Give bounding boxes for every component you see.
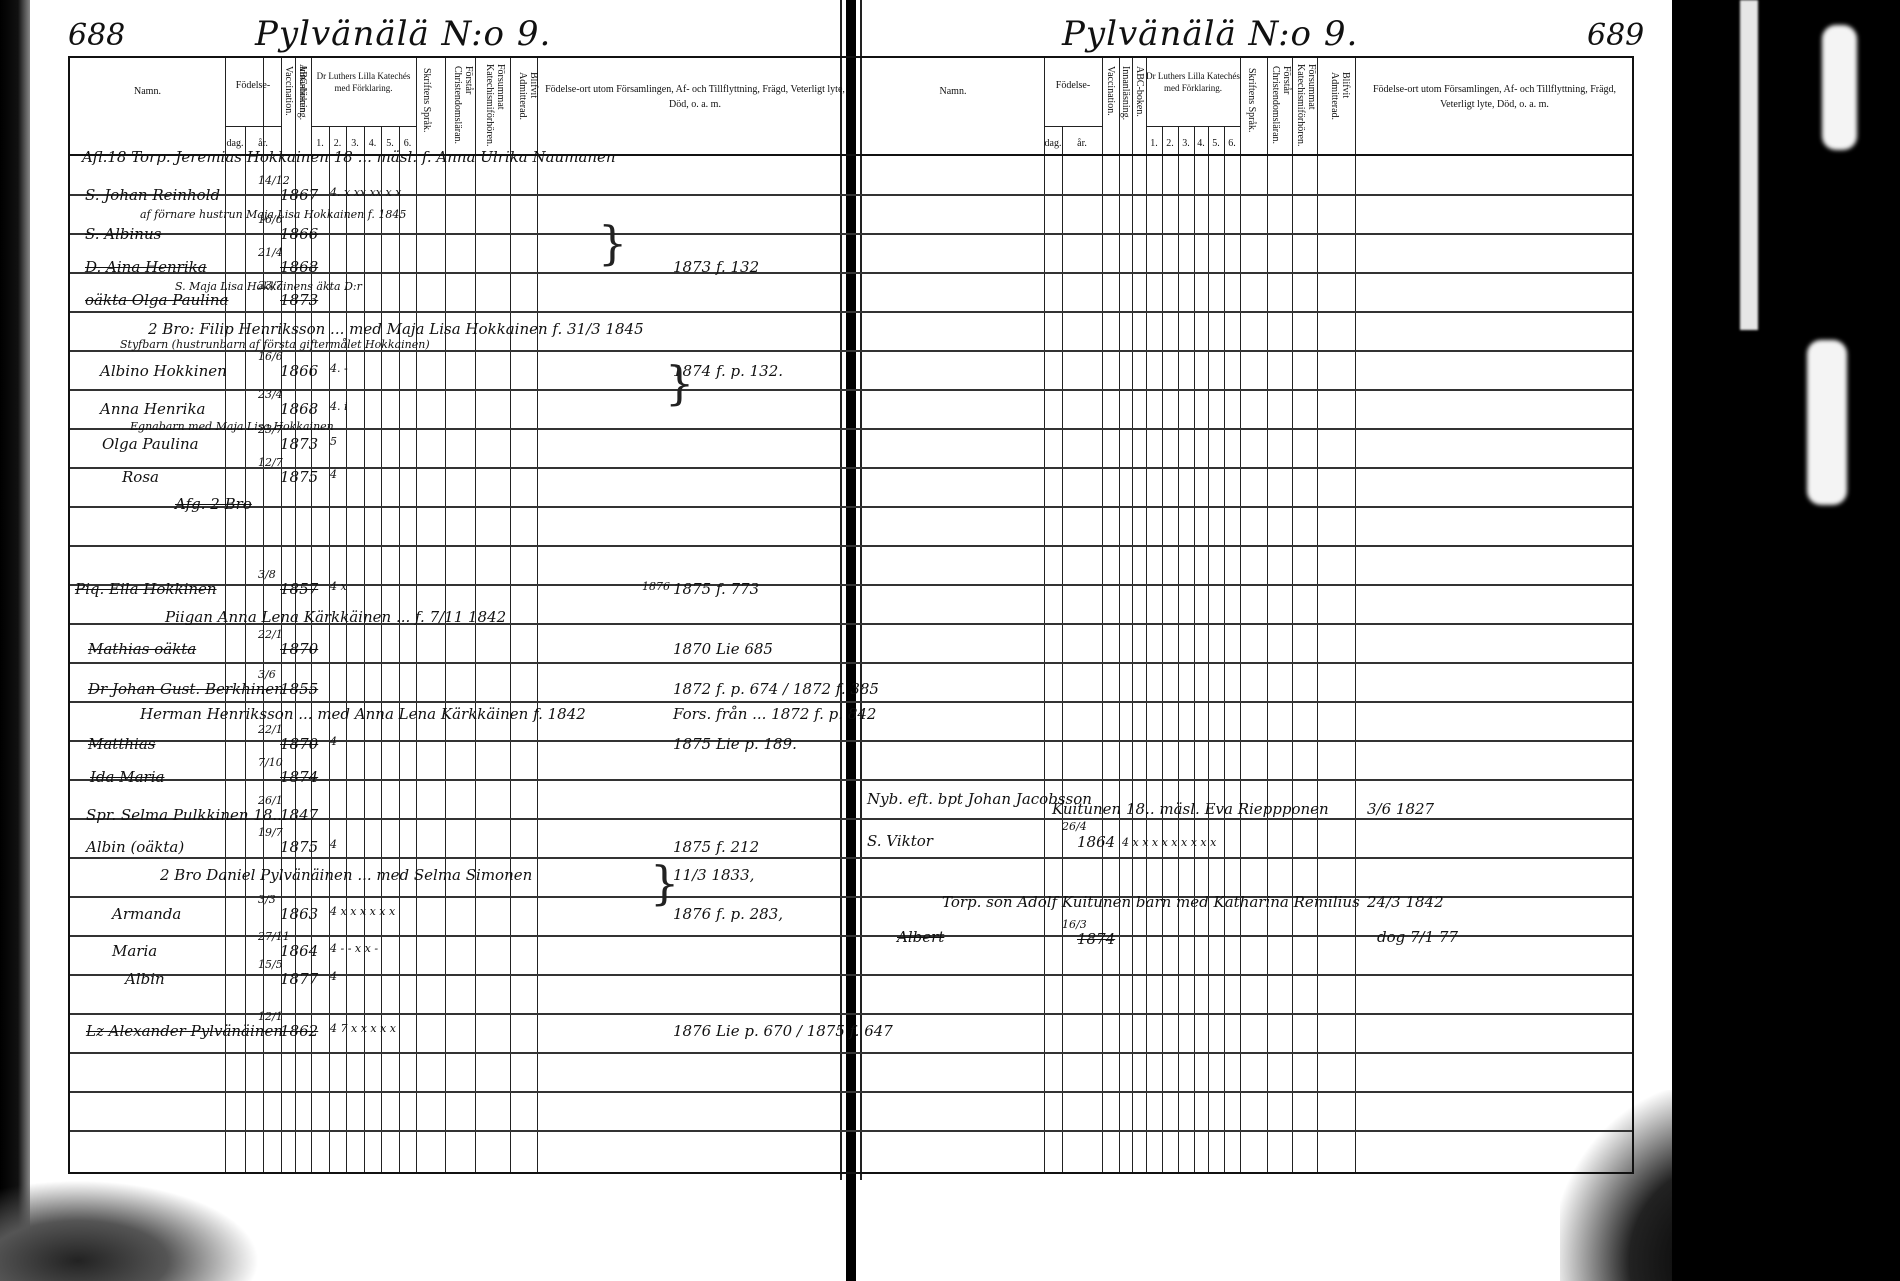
- row-rule: [862, 857, 1632, 859]
- row-rule: [70, 1052, 872, 1054]
- entry-birth-year: 1847: [280, 806, 318, 824]
- entry-birth-year: 1874: [280, 768, 318, 786]
- entry-name: Afg. 2 Bro: [175, 495, 252, 513]
- bracket-mark: }: [598, 220, 627, 266]
- entry-birth-day: 12/7: [258, 456, 283, 469]
- entry-birth-day: 19/7: [258, 826, 283, 839]
- row-rule: [862, 1091, 1632, 1093]
- entry-name: S. Albinus: [85, 225, 161, 243]
- entry-remarks: 1870 Lie 685: [673, 640, 773, 658]
- entry-name: Lz Alexander Pylvänäinen: [86, 1022, 283, 1040]
- column-divider: [1146, 58, 1147, 1172]
- column-divider: [1119, 58, 1120, 1172]
- row-rule: [862, 506, 1632, 508]
- column-divider: [381, 126, 382, 1172]
- header-birth: Födelse-: [1044, 80, 1102, 92]
- left-page: 688 Pylvänälä N:o 9. Namn. Födelse- dag.…: [30, 0, 840, 1281]
- header-remarks: Födelse-ort utom Församlingen, Af- och T…: [545, 82, 845, 112]
- row-rule: [70, 662, 872, 664]
- header-catechism-col: 4.: [1194, 138, 1208, 149]
- register-table: Namn. Födelse- dag. år. Vaccination. Inn…: [862, 56, 1634, 1174]
- header-christian-teaching: Förstår Christendomsläran.: [1270, 66, 1292, 146]
- entry-name: 2 Bro: Filip Henriksson ... med Maja Lis…: [148, 320, 644, 338]
- entry-birth-year: 1867: [280, 186, 318, 204]
- entry-remarks: 1872 f. p. 674 / 1872 f. 385: [673, 680, 879, 698]
- header-christian-teaching: Förstår Christendomsläran.: [452, 66, 474, 146]
- row-rule: [862, 623, 1632, 625]
- entry-birth-year: 1870: [280, 735, 318, 753]
- entry-remarks: 1875 f. 212: [673, 838, 759, 856]
- header-birth: Födelse-: [225, 80, 281, 92]
- row-rule: [862, 389, 1632, 391]
- entry-name: Egnabarn med Maja Lisa Hokkainen: [130, 420, 334, 433]
- header-divider: [1044, 126, 1102, 127]
- entry-progress-marks: 4 x: [330, 580, 347, 593]
- scan-highlight: [1807, 340, 1847, 505]
- row-rule: [862, 974, 1632, 976]
- entry-remarks: dog 7/1 77: [1377, 928, 1458, 946]
- header-missed-catechesis: Försummat Katechismiförhören.: [1295, 64, 1317, 148]
- column-divider: [1102, 58, 1103, 1172]
- entry-name: Olga Paulina: [102, 435, 199, 453]
- entry-remarks: 24/3 1842: [1367, 893, 1444, 911]
- row-rule: [70, 311, 872, 313]
- header-vaccination: Vaccination.: [1105, 66, 1116, 146]
- entry-remarks: 3/6 1827: [1367, 800, 1434, 818]
- column-divider: [1224, 126, 1225, 1172]
- column-divider: [1178, 126, 1179, 1172]
- entry-birth-year: 1862: [280, 1022, 318, 1040]
- column-divider: [1062, 126, 1063, 1172]
- entry-birth-year: 1864: [1077, 833, 1115, 851]
- header-divider: [225, 126, 281, 127]
- header-scripture: Skriftens Språk.: [421, 68, 432, 148]
- entry-birth-day: 16/6: [258, 213, 283, 226]
- page-title: Pylvänälä N:o 9.: [1062, 14, 1358, 54]
- page-title: Pylvänälä N:o 9.: [255, 14, 551, 54]
- entry-birth-year: 1866: [280, 225, 318, 243]
- entry-name: oäkta Olga Paulina: [85, 291, 228, 309]
- row-rule: [862, 194, 1632, 196]
- header-divider: [1146, 126, 1240, 127]
- header-birth-year: år.: [1062, 138, 1102, 149]
- header-bottom-rule: [862, 154, 1632, 156]
- entry-admitted: 1876: [642, 580, 670, 593]
- scan-shadow-left: [0, 0, 30, 1281]
- entry-name: Albert: [897, 928, 944, 946]
- entry-progress-marks: 4 x x x x x x x x x: [1122, 836, 1216, 849]
- row-rule: [862, 1130, 1632, 1132]
- column-divider: [1267, 58, 1268, 1172]
- header-remarks: Födelse-ort utom Församlingen, Af- och T…: [1362, 82, 1627, 112]
- entry-name: S. Johan Reinhold: [85, 186, 220, 204]
- column-divider: [1194, 126, 1195, 1172]
- entry-remarks: Fors. från ... 1872 f. p. 842: [673, 705, 876, 723]
- bracket-mark: }: [650, 860, 679, 906]
- entry-progress-marks: 4 - - x x -: [330, 942, 378, 955]
- row-rule: [70, 233, 872, 235]
- row-rule: [862, 584, 1632, 586]
- entry-name: Piigan Anna Lena Kärkkäinen ... f. 7/11 …: [165, 608, 506, 626]
- row-rule: [70, 701, 872, 703]
- scan-shadow-right: [1672, 0, 1900, 1281]
- entry-birth-day: 23/7: [258, 279, 283, 292]
- entry-birth-day: 16/6: [258, 350, 283, 363]
- entry-birth-year: 1873: [280, 435, 318, 453]
- entry-birth-day: 26/4: [1062, 820, 1087, 833]
- header-missed-catechesis: Försummat Katechismiförhören.: [484, 64, 506, 148]
- header-admitted: Blifvit Admitterad.: [1329, 72, 1351, 142]
- entry-name: Albin (oäkta): [86, 838, 184, 856]
- entry-birth-day: 12/1: [258, 1010, 283, 1023]
- entry-remarks: 1876 f. p. 283,: [673, 905, 783, 923]
- row-rule: [70, 974, 872, 976]
- row-rule: [70, 467, 872, 469]
- entry-name: Mathias oäkta: [88, 640, 196, 658]
- header-birth-day: dag.: [1044, 138, 1062, 149]
- row-rule: [70, 1130, 872, 1132]
- entry-birth-year: 1873: [280, 291, 318, 309]
- header-name: Namn.: [862, 86, 1044, 98]
- entry-birth-year: 1866: [280, 362, 318, 380]
- entry-birth-day: 7/10: [258, 756, 283, 769]
- row-rule: [862, 467, 1632, 469]
- entry-birth-year: 1868: [280, 400, 318, 418]
- entry-birth-year: 1875: [280, 468, 318, 486]
- entry-birth-year: 1868: [280, 258, 318, 276]
- entry-birth-year: 1877: [280, 970, 318, 988]
- header-scripture: Skriftens Språk.: [1246, 68, 1257, 148]
- entry-progress-marks: 4. x xx xx x x: [330, 186, 401, 199]
- entry-birth-day: 22/1: [258, 628, 283, 641]
- row-rule: [70, 896, 872, 898]
- entry-birth-year: 1874: [1077, 930, 1115, 948]
- entry-remarks: 1875 Lie p. 189.: [673, 735, 797, 753]
- header-divider: [311, 126, 416, 127]
- column-divider: [1208, 126, 1209, 1172]
- column-divider: [1162, 126, 1163, 1172]
- entry-name-continued: Kuitunen 18.. mäsl. Eva Rieppponen: [1052, 800, 1329, 818]
- header-catechism-col: 6.: [1224, 138, 1240, 149]
- entry-progress-marks: 5: [330, 435, 337, 448]
- row-rule: [70, 935, 872, 937]
- entry-birth-year: 1855: [280, 680, 318, 698]
- header-reading: Innanläsning.: [1120, 66, 1131, 146]
- entry-birth-year: 1863: [280, 905, 318, 923]
- row-rule: [70, 389, 872, 391]
- entry-name: Albin: [125, 970, 165, 988]
- header-admitted: Blifvit Admitterad.: [517, 72, 539, 142]
- entry-remarks: 11/3 1833,: [673, 866, 754, 884]
- header-catechism-col: 1.: [1146, 138, 1162, 149]
- entry-birth-day: 3/6: [258, 668, 276, 681]
- row-rule: [70, 1013, 872, 1015]
- entry-name: Ida Maria: [90, 768, 164, 786]
- entry-birth-day: 3/3: [258, 893, 276, 906]
- header-catechism-col: 5.: [1208, 138, 1224, 149]
- row-rule: [70, 779, 872, 781]
- header-catechism-col: 3.: [1178, 138, 1194, 149]
- entry-name: Spr. Selma Pulkkinen 18..: [86, 806, 282, 824]
- column-divider: [364, 126, 365, 1172]
- entry-name: Maria: [112, 942, 157, 960]
- right-page: 689 Pylvänälä N:o 9. Namn. Födelse- dag.…: [862, 0, 1672, 1281]
- row-rule: [862, 701, 1632, 703]
- entry-progress-marks: 4 x x x x x x: [330, 905, 395, 918]
- entry-name: Herman Henriksson ... med Anna Lena Kärk…: [140, 705, 586, 723]
- header-vaccination: Vaccination.: [283, 66, 294, 146]
- entry-name: Anna Henrika: [100, 400, 205, 418]
- row-rule: [862, 428, 1632, 430]
- column-divider: [537, 58, 538, 1172]
- column-divider: [399, 126, 400, 1172]
- row-rule: [862, 818, 1632, 820]
- scan-highlight: [1822, 25, 1857, 150]
- entry-name: Piq. Eila Hokkinen: [75, 580, 217, 598]
- bracket-mark: }: [665, 360, 694, 406]
- column-divider: [1044, 58, 1045, 1172]
- row-rule: [70, 857, 872, 859]
- entry-remarks: 1875 f. 773: [673, 580, 759, 598]
- entry-birth-year: 1875: [280, 838, 318, 856]
- entry-birth-year: 1870: [280, 640, 318, 658]
- entry-remarks: 1876 Lie p. 670 / 1875 f. 647: [673, 1022, 893, 1040]
- entry-name: Dr Johan Gust. Berkhinen: [88, 680, 284, 698]
- row-rule: [862, 935, 1632, 937]
- entry-birth-day: 23/4: [258, 388, 283, 401]
- entry-name: D. Aina Henrika: [85, 258, 207, 276]
- column-divider: [1317, 58, 1318, 1172]
- entry-birth-day: 22/1: [258, 723, 283, 736]
- header-catechism: Dr Luthers Lilla Katechés med Förklaring…: [1146, 70, 1240, 94]
- entry-birth-day: 23/7: [258, 423, 283, 436]
- column-divider: [510, 58, 511, 1172]
- row-rule: [70, 545, 872, 547]
- entry-name: Afl.18 Torp. Jeremias Hokkainen 18 ... m…: [82, 148, 616, 166]
- entry-progress-marks: 4. i: [330, 400, 348, 413]
- page-number: 688: [68, 18, 125, 53]
- row-rule: [862, 233, 1632, 235]
- entry-birth-day: 21/4: [258, 246, 283, 259]
- entry-progress-marks: 4: [330, 970, 337, 983]
- header-name: Namn.: [70, 86, 225, 98]
- row-rule: [862, 779, 1632, 781]
- entry-birth-day: 26/1: [258, 794, 283, 807]
- row-rule: [862, 1052, 1632, 1054]
- header-abc: ABC-boken.: [297, 64, 308, 144]
- column-divider: [1355, 58, 1356, 1172]
- row-rule: [862, 545, 1632, 547]
- header-abc: ABC-boken.: [1134, 66, 1145, 146]
- entry-progress-marks: 4: [330, 838, 337, 851]
- row-rule: [862, 662, 1632, 664]
- row-rule: [70, 1091, 872, 1093]
- page-number: 689: [1587, 18, 1644, 53]
- entry-birth-year: 1857: [280, 580, 318, 598]
- row-rule: [862, 740, 1632, 742]
- row-rule: [862, 311, 1632, 313]
- entry-birth-day: 3/8: [258, 568, 276, 581]
- row-rule: [862, 272, 1632, 274]
- entry-progress-marks: 4: [330, 468, 337, 481]
- entry-birth-day: 15/5: [258, 958, 283, 971]
- row-rule: [862, 1013, 1632, 1015]
- entry-birth-year: 1864: [280, 942, 318, 960]
- entry-progress-marks: 4. -: [330, 362, 348, 375]
- column-divider: [1240, 58, 1241, 1172]
- header-catechism: Dr Luthers Lilla Katechés med Förklaring…: [311, 70, 416, 94]
- entry-name: Matthias: [88, 735, 155, 753]
- entry-progress-marks: 4: [330, 735, 337, 748]
- header-catechism-col: 2.: [1162, 138, 1178, 149]
- column-divider: [1292, 58, 1293, 1172]
- entry-name: Albino Hokkinen: [100, 362, 227, 380]
- column-divider: [1132, 58, 1133, 1172]
- row-rule: [862, 350, 1632, 352]
- entry-remarks: 1873 f. 132: [673, 258, 759, 276]
- entry-name: S. Viktor: [867, 832, 933, 850]
- scan-highlight: [1740, 0, 1758, 330]
- entry-name: Armanda: [112, 905, 181, 923]
- entry-name: Torp. son Adolf Kuitunen barn med Kathar…: [942, 893, 1360, 911]
- entry-name: 2 Bro Daniel Pylvänäinen ... med Selma S…: [160, 866, 532, 884]
- entry-name: Rosa: [122, 468, 159, 486]
- entry-progress-marks: 4 7 x x x x x: [330, 1022, 396, 1035]
